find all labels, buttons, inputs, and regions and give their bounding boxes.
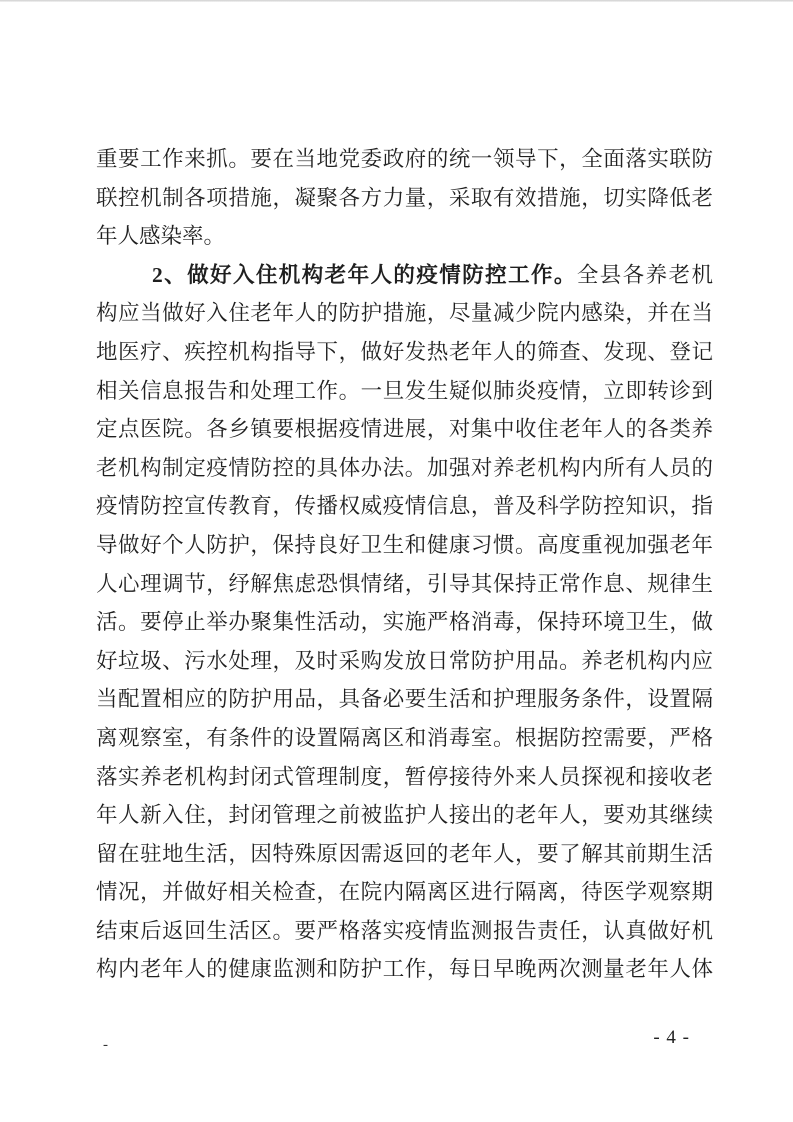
text-line: 构内老年人的健康监测和防护工作，每日早晚两次测量老年人体: [96, 950, 713, 989]
text-line: 留在驻地生活，因特殊原因需返回的老年人，要了解其前期生活: [96, 835, 713, 874]
text-line: 联控机制各项措施，凝聚各方力量，采取有效措施，切实降低老: [96, 179, 713, 218]
text-line: 结束后返回生活区。要严格落实疫情监测报告责任，认真做好机: [96, 912, 713, 951]
text-line: 落实养老机构封闭式管理制度，暂停接待外来人员探视和接收老: [96, 758, 713, 797]
section-2-heading-line: 2、做好入住机构老年人的疫情防控工作。全县各养老机: [96, 256, 713, 295]
text-line: 离观察室，有条件的设置隔离区和消毒室。根据防控需要，严格: [96, 719, 713, 758]
text-line: 老机构制定疫情防控的具体办法。加强对养老机构内所有人员的: [96, 449, 713, 488]
text-line: 年人新入住，封闭管理之前被监护人接出的老年人，要劝其继续: [96, 796, 713, 835]
text-line: 地医疗、疾控机构指导下，做好发热老年人的筛查、发现、登记: [96, 333, 713, 372]
page-number: - 4 -: [653, 1027, 690, 1049]
text-line: 活。要停止举办聚集性活动，实施严格消毒，保持环境卫生，做: [96, 603, 713, 642]
text-line: 相关信息报告和处理工作。一旦发生疑似肺炎疫情，立即转诊到: [96, 372, 713, 411]
section-2-heading: 2、做好入住机构老年人的疫情防控工作。: [152, 263, 577, 287]
text-line: 当配置相应的防护用品，具备必要生活和护理服务条件，设置隔: [96, 680, 713, 719]
text-line: 定点医院。各乡镇要根据疫情进展，对集中收住老年人的各类养: [96, 410, 713, 449]
text-line: 情况，并做好相关检查，在院内隔离区进行隔离，待医学观察期: [96, 873, 713, 912]
text-line: 年人感染率。: [96, 217, 713, 256]
text-line: 导做好个人防护，保持良好卫生和健康习惯。高度重视加强老年: [96, 526, 713, 565]
document-page: 重要工作来抓。要在当地党委政府的统一领导下，全面落实联防 联控机制各项措施，凝聚…: [0, 0, 793, 1122]
text-line: 好垃圾、污水处理，及时采购发放日常防护用品。养老机构内应: [96, 642, 713, 681]
document-body: 重要工作来抓。要在当地党委政府的统一领导下，全面落实联防 联控机制各项措施，凝聚…: [96, 140, 713, 989]
footer-dash: -: [103, 1037, 108, 1054]
text-line: 疫情防控宣传教育，传播权威疫情信息，普及科学防控知识，指: [96, 487, 713, 526]
text-line: 构应当做好入住老年人的防护措施，尽量减少院内感染，并在当: [96, 294, 713, 333]
scan-edge-line: [0, 0, 793, 2]
section-2-heading-continuation: 全县各养老机: [577, 263, 713, 287]
text-line: 人心理调节，纾解焦虑恐惧情绪，引导其保持正常作息、规律生: [96, 565, 713, 604]
text-line: 重要工作来抓。要在当地党委政府的统一领导下，全面落实联防: [96, 140, 713, 179]
